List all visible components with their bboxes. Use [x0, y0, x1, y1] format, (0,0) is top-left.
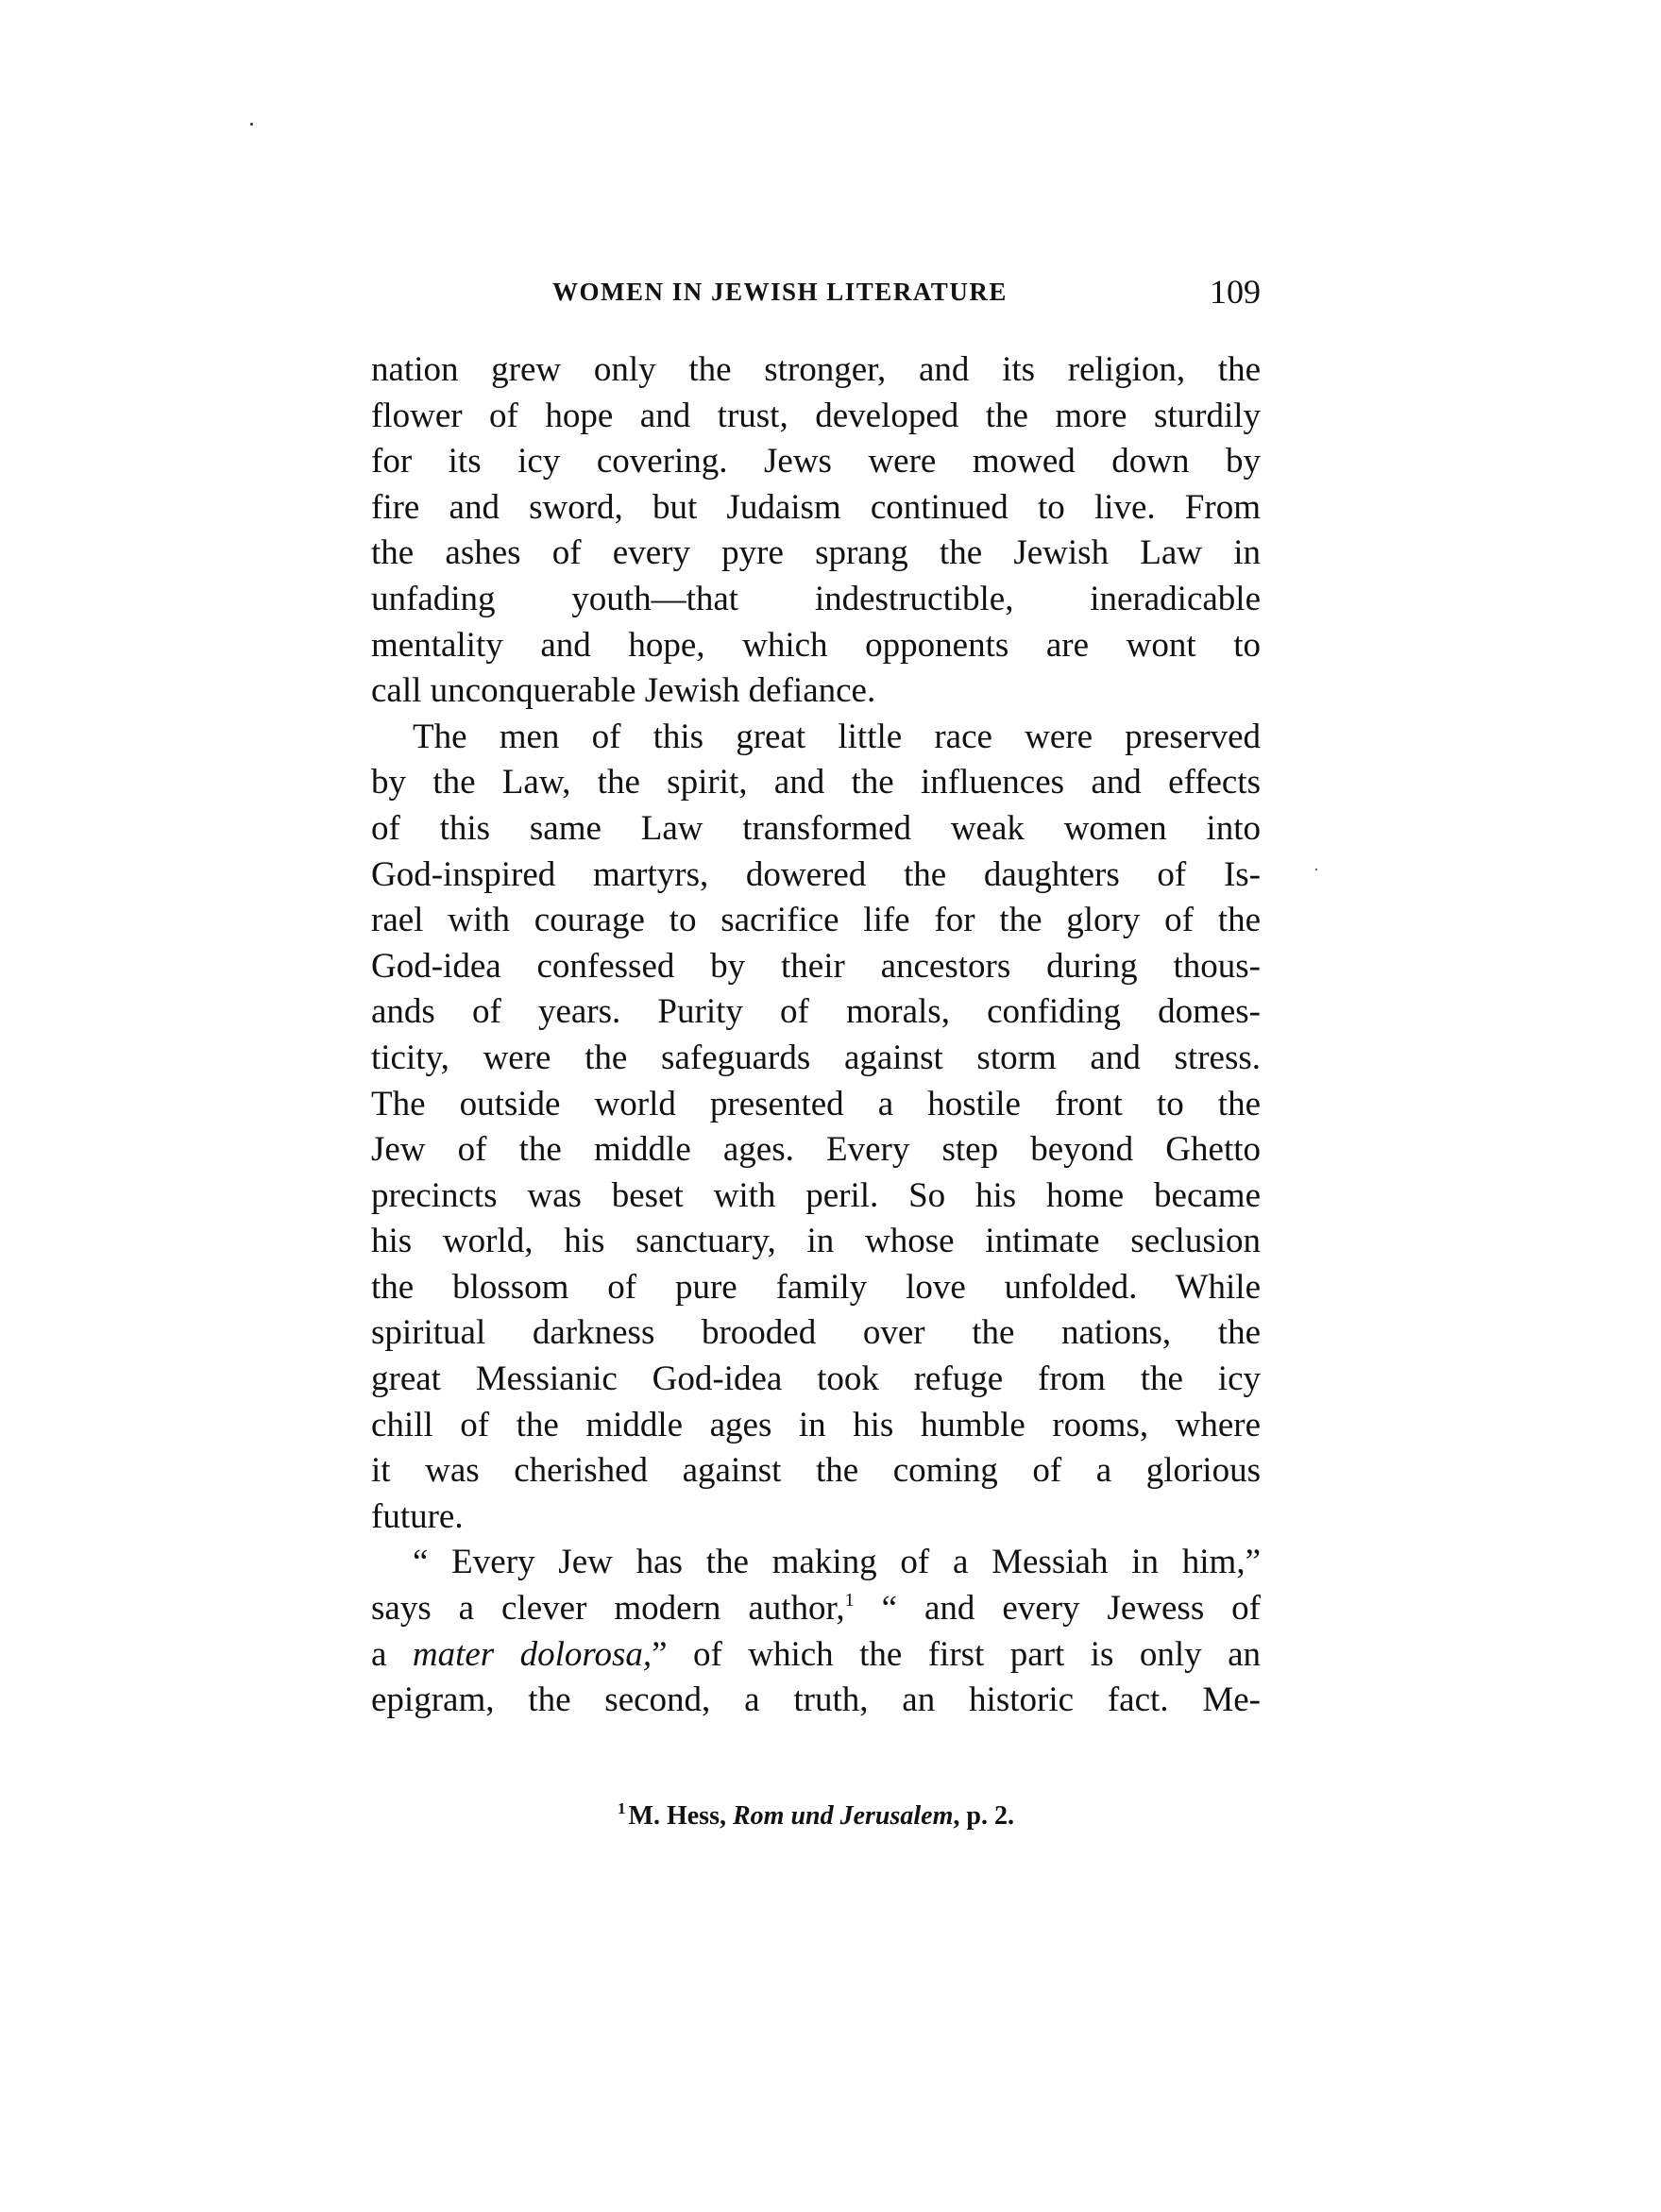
footnote-author: M. Hess, [629, 1801, 733, 1831]
text-line: “ Every Jew has the making of a Messiah … [371, 1540, 1261, 1586]
text-line: Jew of the middle ages. Every step beyon… [371, 1127, 1261, 1174]
text-line: says a clever modern author,1 “ and ever… [371, 1586, 1261, 1632]
text-line: fire and sword, but Judaism continued to… [371, 485, 1261, 532]
text-line: his world, his sanctuary, in whose intim… [371, 1219, 1261, 1265]
footnote-marker: 1 [618, 1799, 626, 1817]
footnote-rest: , p. 2. [953, 1801, 1014, 1831]
text-run: ” of which the first part is only an [652, 1635, 1261, 1674]
page-number: 109 [1210, 272, 1261, 312]
text-line: nation grew only the stronger, and its r… [371, 347, 1261, 394]
text-line: epigram, the second, a truth, an histori… [371, 1678, 1261, 1724]
text-line: future. [371, 1494, 1261, 1541]
text-line: of this same Law transformed weak women … [371, 806, 1261, 853]
text-line: God-idea confessed by their ancestors du… [371, 944, 1261, 990]
text-line: The outside world presented a hostile fr… [371, 1082, 1261, 1128]
text-line: The men of this great little race were p… [371, 715, 1261, 761]
text-line: God-inspired martyrs, dowered the daught… [371, 853, 1261, 899]
running-head: WOMEN IN JEWISH LITERATURE 109 [371, 272, 1261, 319]
text-line: chill of the middle ages in his humble r… [371, 1403, 1261, 1449]
text-line: precincts was beset with peril. So his h… [371, 1174, 1261, 1220]
text-run: a [371, 1635, 413, 1674]
scan-speck [250, 123, 253, 126]
paragraph-3: “ Every Jew has the making of a Messiah … [371, 1540, 1261, 1723]
text-run: says a clever modern author, [371, 1589, 845, 1628]
text-line: mentality and hope, which opponents are … [371, 623, 1261, 669]
text-line: ands of years. Purity of morals, confidi… [371, 989, 1261, 1036]
text-line: call unconquerable Jewish defiance. [371, 668, 1261, 715]
text-line: it was cherished against the coming of a… [371, 1448, 1261, 1494]
text-line: for its icy covering. Jews were mowed do… [371, 439, 1261, 485]
text-line: rael with courage to sacrifice life for … [371, 898, 1261, 944]
footnote-title: Rom und Jerusalem [733, 1801, 953, 1831]
text-line: a mater dolorosa,” of which the first pa… [371, 1632, 1261, 1679]
text-line: unfading youth—that indestructible, iner… [371, 577, 1261, 623]
text-line: spiritual darkness brooded over the nati… [371, 1310, 1261, 1357]
text-line: the blossom of pure family love unfolded… [371, 1265, 1261, 1311]
running-title: WOMEN IN JEWISH LITERATURE [552, 278, 1008, 307]
paragraph-2: The men of this great little race were p… [371, 715, 1261, 1541]
italic-phrase: mater dolorosa, [413, 1635, 652, 1674]
footnote-reference: 1 [845, 1590, 855, 1611]
text-run: “ and every Jewess of [855, 1589, 1261, 1628]
book-page: WOMEN IN JEWISH LITERATURE 109 nation gr… [0, 0, 1661, 2212]
scan-speck [1315, 869, 1317, 870]
text-line: the ashes of every pyre sprang the Jewis… [371, 531, 1261, 577]
footnote: 1M. Hess, Rom und Jerusalem, p. 2. [371, 1801, 1261, 1832]
text-line: by the Law, the spirit, and the influenc… [371, 760, 1261, 806]
text-line: flower of hope and trust, developed the … [371, 394, 1261, 440]
text-line: great Messianic God-idea took refuge fro… [371, 1357, 1261, 1403]
text-line: ticity, were the safeguards against stor… [371, 1036, 1261, 1082]
body-text: nation grew only the stronger, and its r… [371, 347, 1261, 1724]
paragraph-1: nation grew only the stronger, and its r… [371, 347, 1261, 715]
